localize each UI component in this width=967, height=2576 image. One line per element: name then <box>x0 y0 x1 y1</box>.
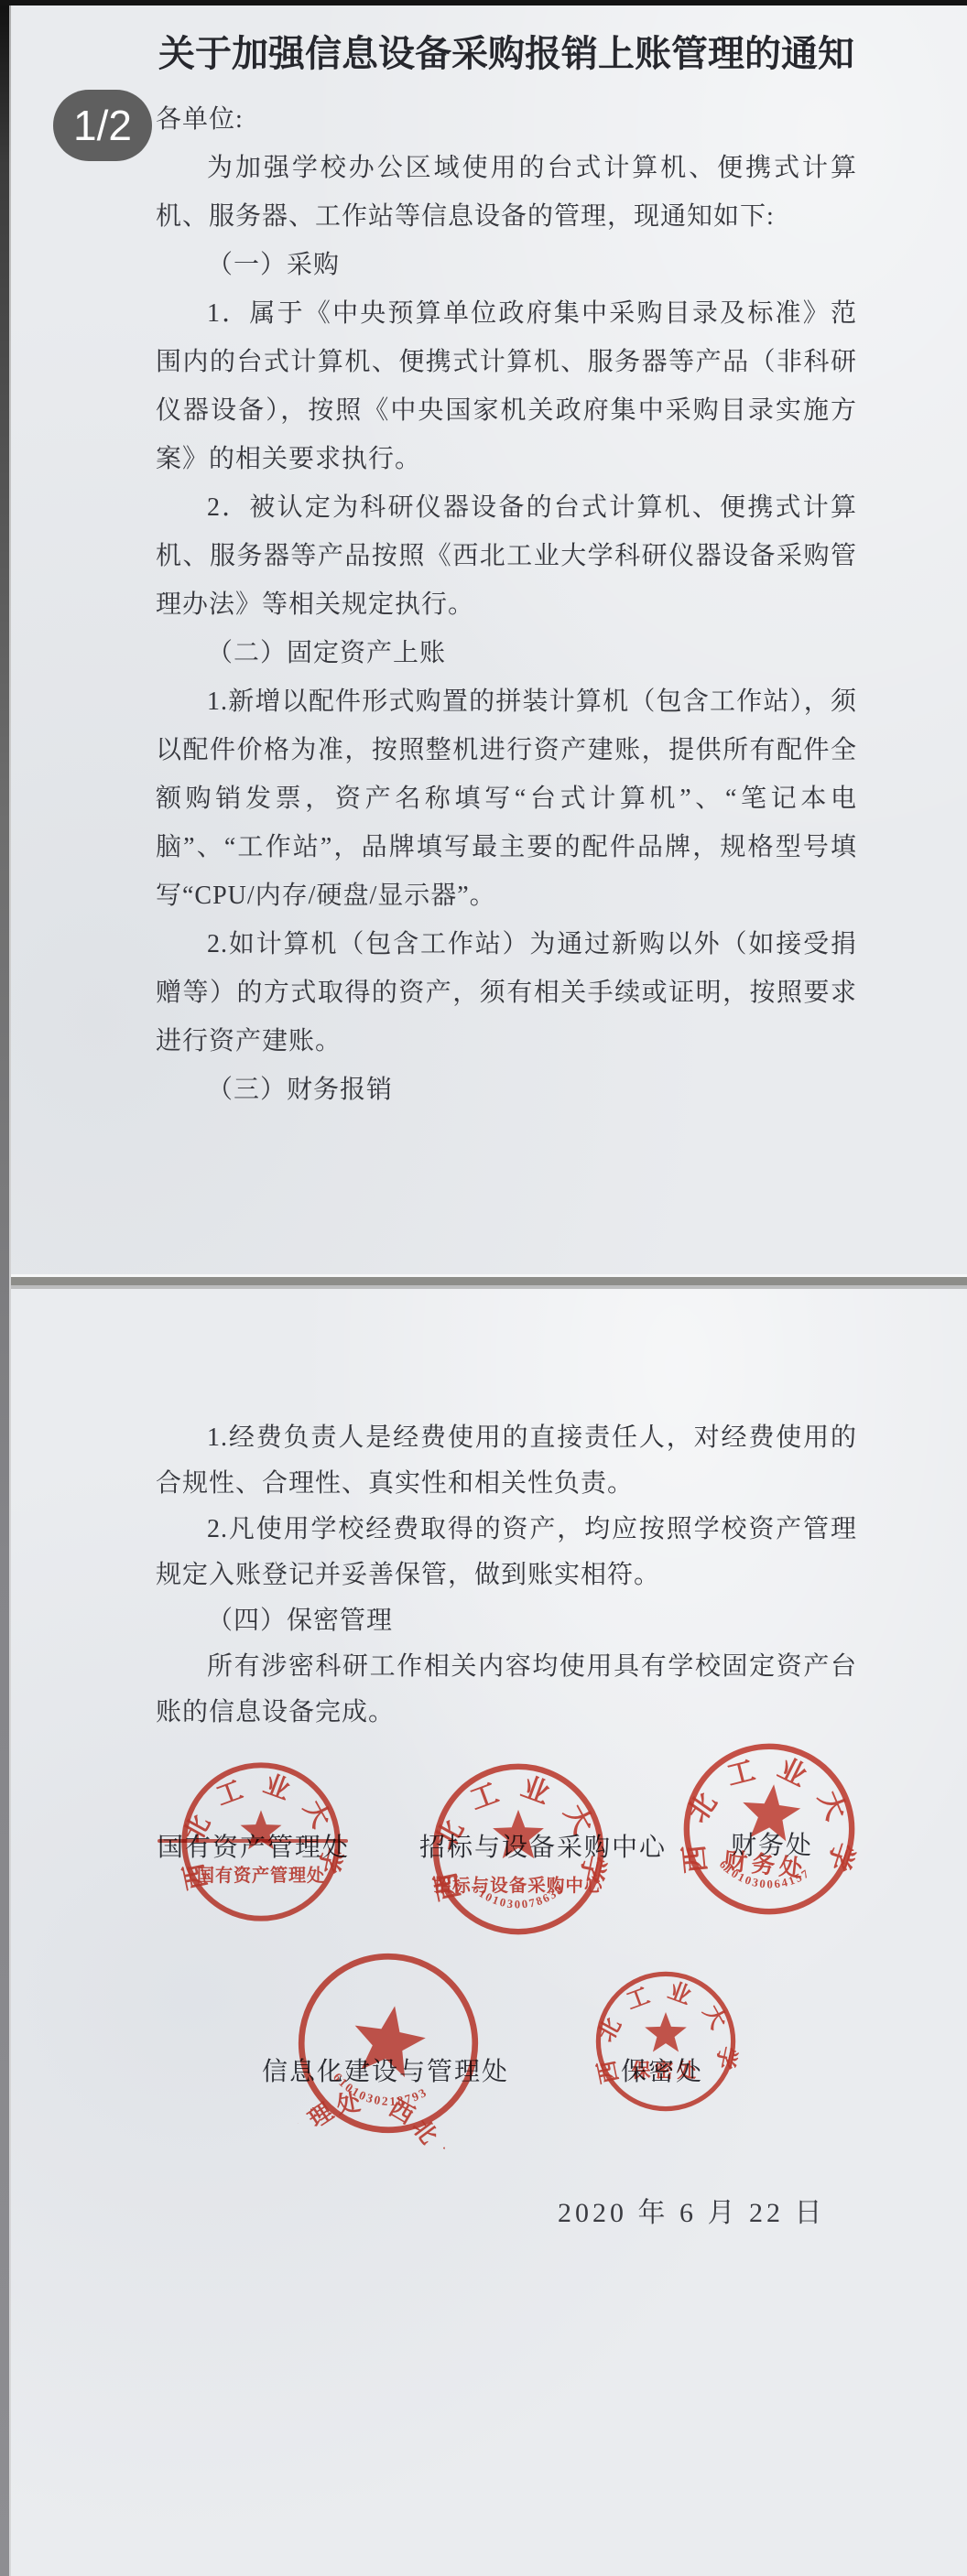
department-label: 保密处 <box>621 2051 703 2088</box>
department-label: 财务处 <box>731 1825 813 1862</box>
department-label: 招标与设备采购中心 <box>419 1827 667 1864</box>
paragraph: （四）保密管理 <box>156 1598 857 1644</box>
page1-content: 关于加强信息设备采购报销上账管理的通知 各单位:为加强学校办公区域使用的台式计算… <box>0 5 967 1114</box>
svg-text:国有资产管理处: 国有资产管理处 <box>197 1865 325 1886</box>
paragraph: 1.新增以配件形式购置的拼装计算机（包含工作站），须以配件价格为准，按照整机进行… <box>156 677 857 920</box>
document-date: 2020 年 6 月 22 日 <box>558 2190 826 2230</box>
paragraph: 所有涉密科研工作相关内容均使用具有学校固定资产台账的信息设备完成。 <box>156 1644 857 1736</box>
department-label: 信息化建设与管理处 <box>262 2051 509 2088</box>
security-office-stamp: 西北工业大学保密处 <box>592 1968 739 2115</box>
scan-page-1: 关于加强信息设备采购报销上账管理的通知 各单位:为加强学校办公区域使用的台式计算… <box>0 5 967 1274</box>
paragraph: （二）固定资产上账 <box>156 629 857 677</box>
it-construction-and-management-office-stamp: 西北工业大学信息化建设与管理处6101030218793 <box>294 1949 483 2138</box>
page1-body-text: 各单位:为加强学校办公区域使用的台式计算机、便携式计算机、服务器、工作站等信息设… <box>156 95 857 1114</box>
paragraph: 2.如计算机（包含工作站）为通过新购以外（如接受捐赠等）的方式取得的资产，须有相… <box>156 920 857 1066</box>
scan-edge-left <box>0 0 11 2576</box>
svg-text:招标与设备采购中心: 招标与设备采购中心 <box>433 1875 603 1896</box>
paragraph: 2．被认定为科研仪器设备的台式计算机、便携式计算机、服务器等产品按照《西北工业大… <box>156 483 857 629</box>
paragraph: 1．属于《中央预算单位政府集中采购目录及标准》范围内的台式计算机、便携式计算机、… <box>156 289 857 483</box>
stamp-ink-line <box>158 1839 348 1843</box>
document-title: 关于加强信息设备采购报销上账管理的通知 <box>156 27 857 81</box>
scanned-document-viewer: 关于加强信息设备采购报销上账管理的通知 各单位:为加强学校办公区域使用的台式计算… <box>0 0 967 2576</box>
paragraph: （一）采购 <box>156 241 857 289</box>
page-separator <box>0 1274 967 1289</box>
paragraph: 1.经费负责人是经费使用的直接责任人，对经费使用的合规性、合理性、真实性和相关性… <box>156 1415 857 1507</box>
scan-page-2: 1.经费负责人是经费使用的直接责任人，对经费使用的合规性、合理性、真实性和相关性… <box>0 1289 967 2576</box>
paragraph: 2.凡使用学校经费取得的资产，均应按照学校资产管理规定入账登记并妥善保管，做到账… <box>156 1507 857 1598</box>
page-indicator-text: 1/2 <box>73 104 132 146</box>
paragraph: （三）财务报销 <box>156 1066 857 1114</box>
page2-body-text: 1.经费负责人是经费使用的直接责任人，对经费使用的合规性、合理性、真实性和相关性… <box>0 1289 967 1736</box>
paragraph: 为加强学校办公区域使用的台式计算机、便携式计算机、服务器、工作站等信息设备的管理… <box>156 144 857 241</box>
department-label: 国有资产管理处 <box>158 1827 350 1864</box>
page-indicator-badge: 1/2 <box>53 90 152 161</box>
scan-edge-top <box>0 0 967 5</box>
paragraph: 各单位: <box>156 95 857 144</box>
